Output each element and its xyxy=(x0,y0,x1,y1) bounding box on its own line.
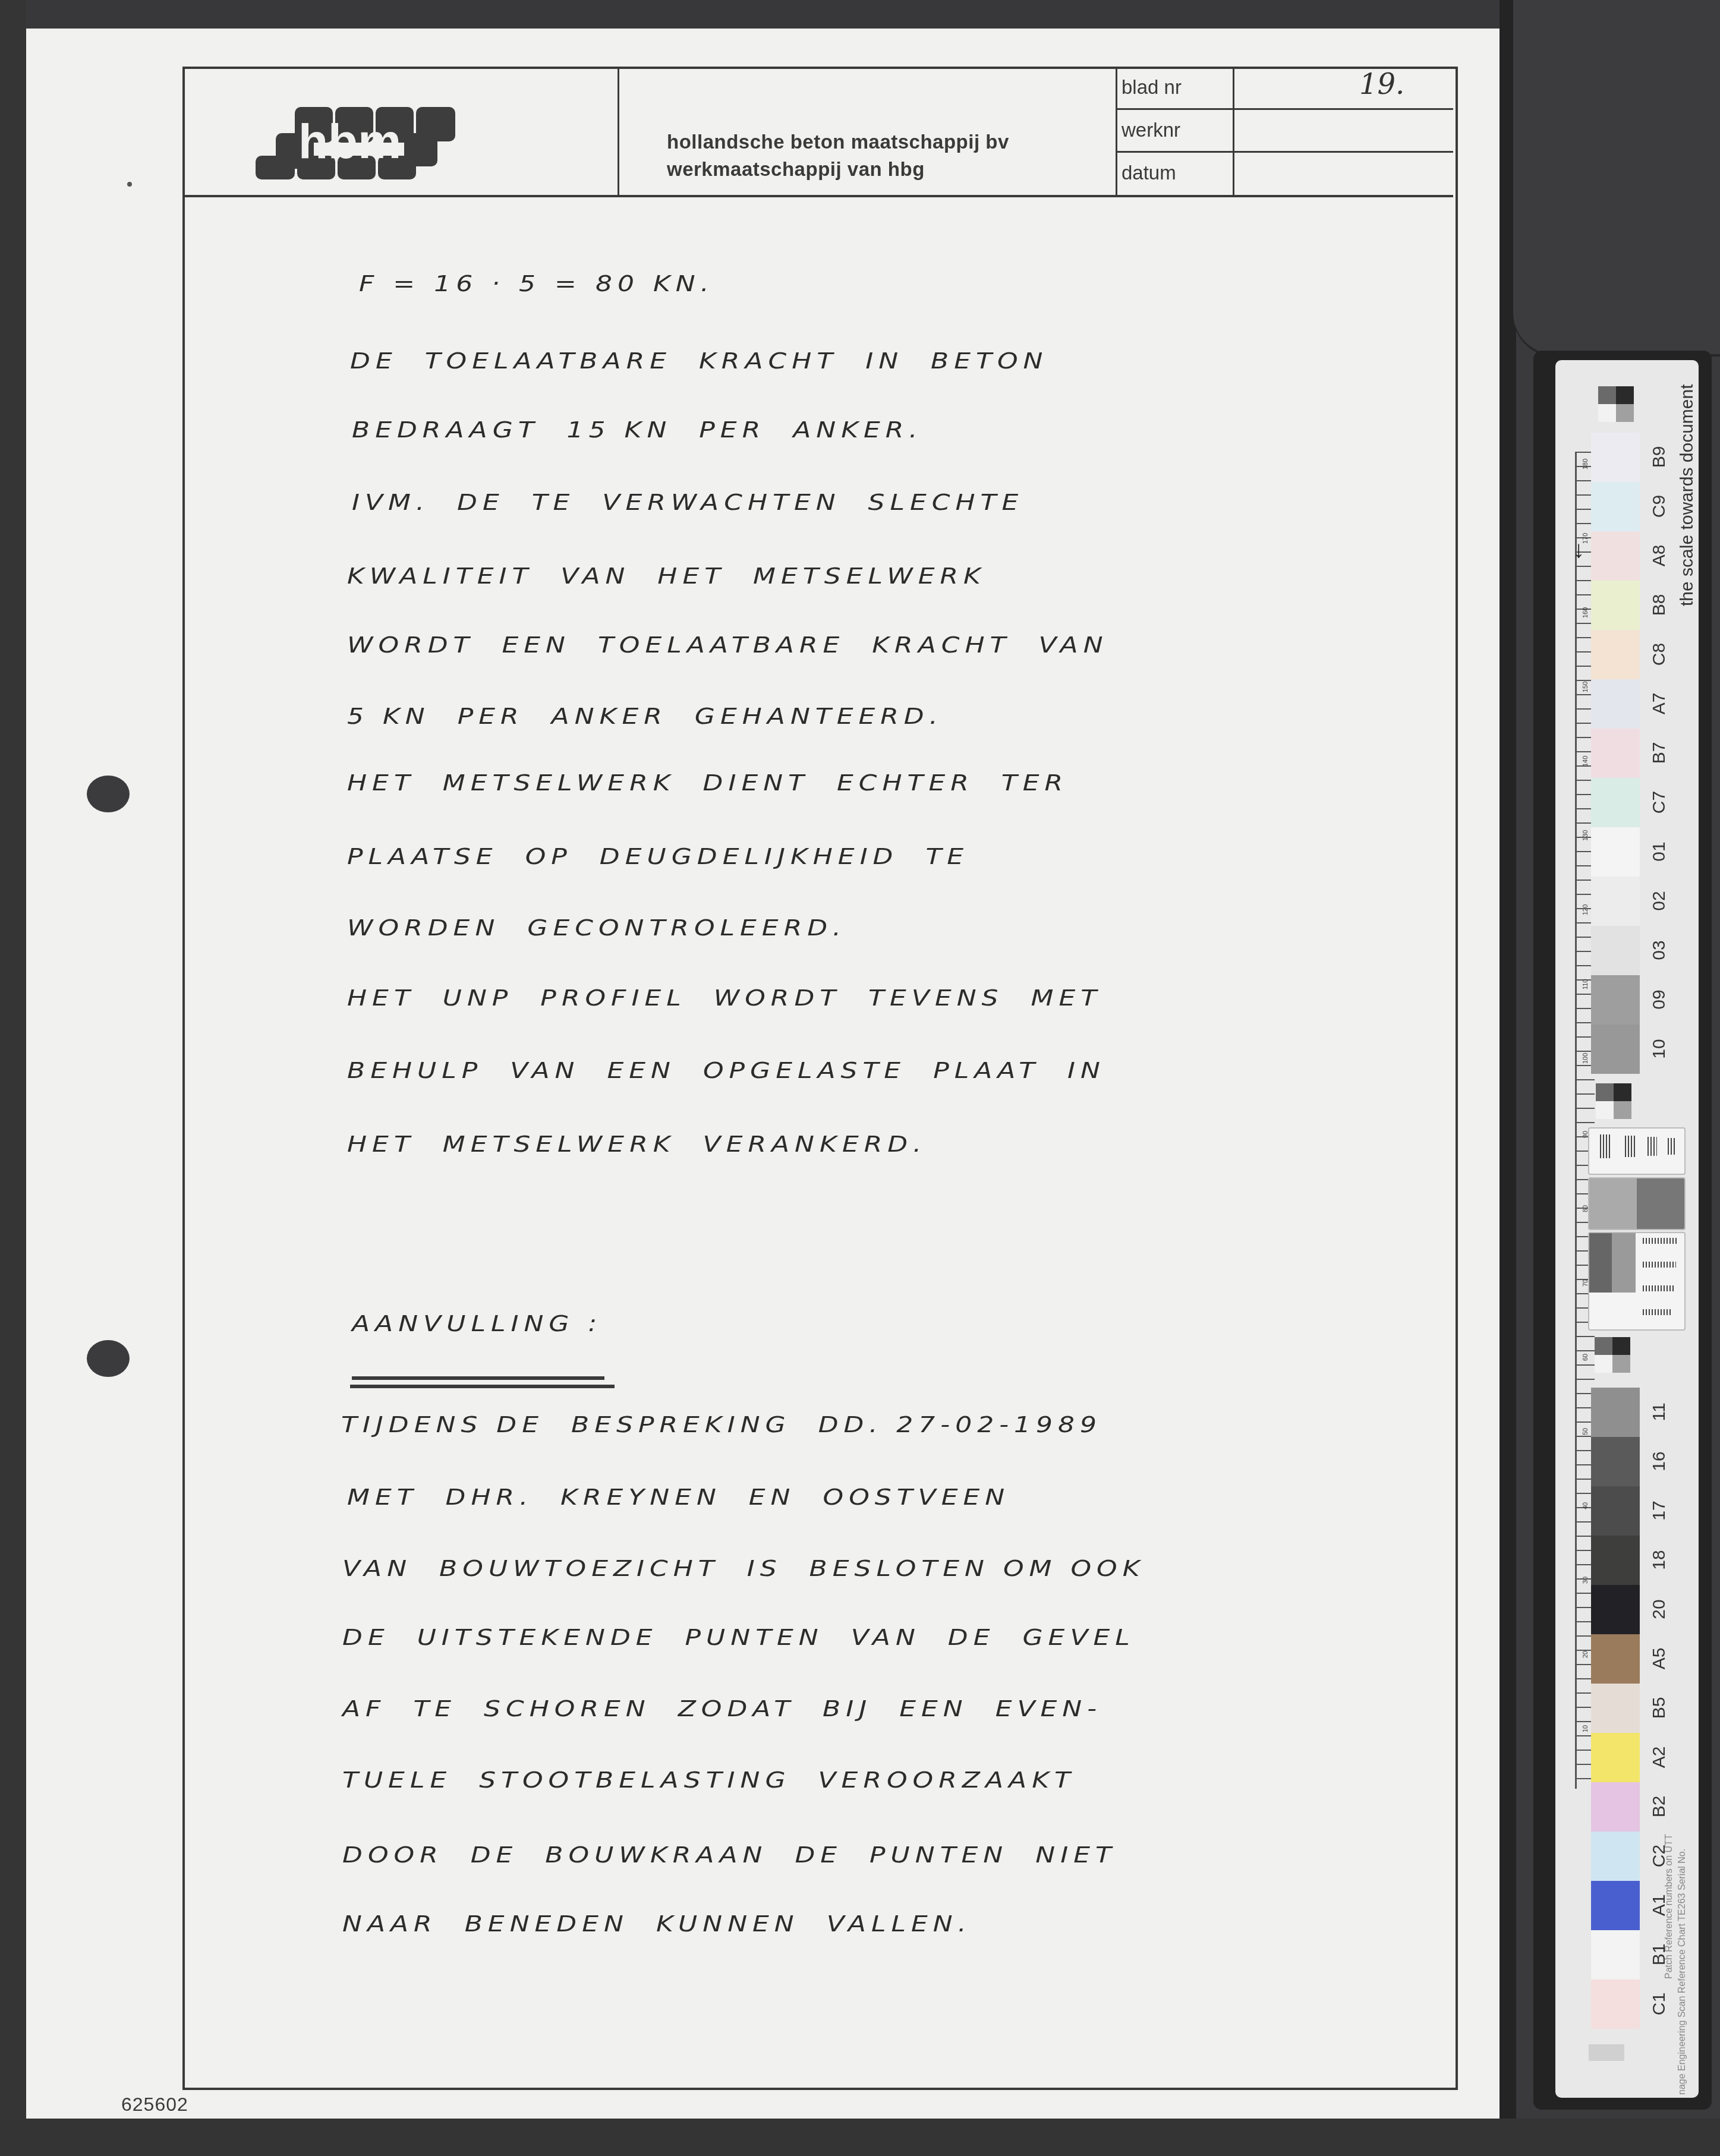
folder-flap xyxy=(1513,0,1720,357)
color-patch xyxy=(1591,1585,1640,1634)
section-heading: AANVULLING : xyxy=(352,1311,602,1337)
color-patch xyxy=(1591,433,1640,482)
body-line: F = 16 · 5 = 80 KN. xyxy=(359,271,714,297)
color-patch-label: 17 xyxy=(1649,1493,1669,1528)
ruler-tick-label: 30 xyxy=(1582,1577,1589,1584)
color-patch-label: B7 xyxy=(1649,735,1669,771)
color-patch-label: A5 xyxy=(1649,1641,1669,1676)
header-divider xyxy=(1233,67,1234,195)
color-patch-label: 03 xyxy=(1649,932,1669,968)
color-patch-label: C9 xyxy=(1649,488,1669,524)
ruler-tick-label: 180 xyxy=(1582,459,1589,469)
header-row-line xyxy=(1116,108,1453,110)
folder-background-left xyxy=(0,0,26,2156)
color-patch xyxy=(1591,1930,1640,1980)
body-line: HET UNP PROFIEL WORDT TEVENS MET xyxy=(347,985,1102,1011)
color-patch xyxy=(1591,1025,1640,1074)
folder-background-bottom xyxy=(0,2119,1720,2156)
header-row-line xyxy=(1116,151,1453,153)
color-patch-label: 02 xyxy=(1649,883,1669,919)
company-line-1: hollandsche beton maatschappij bv xyxy=(667,128,1009,156)
blad-nr-value: 19. xyxy=(1359,68,1404,101)
heading-underline xyxy=(352,1376,604,1380)
color-patch xyxy=(1591,1832,1640,1881)
color-patch xyxy=(1591,1536,1640,1585)
body-line: PLAATSE OP DEUGDELIJKHEID TE xyxy=(347,844,969,869)
color-patch xyxy=(1591,1733,1640,1782)
body-line: HET METSELWERK DIENT ECHTER TER xyxy=(347,770,1068,796)
gray-bar-target xyxy=(1588,1177,1686,1230)
color-patch-label: 18 xyxy=(1649,1542,1669,1578)
color-patch xyxy=(1591,679,1640,729)
color-patch-label: 16 xyxy=(1649,1443,1669,1479)
blad-nr-label: blad nr xyxy=(1122,76,1182,99)
punch-hole-icon xyxy=(87,776,130,812)
ruler-tick-label: 170 xyxy=(1582,533,1589,544)
body-line: BEHULP VAN EEN OPGELASTE PLAAT IN xyxy=(347,1058,1105,1083)
color-patch xyxy=(1591,1684,1640,1733)
ruler-tick-label: 100 xyxy=(1582,1053,1589,1064)
document-page: hbm hollandsche beton maatschappij bv we… xyxy=(26,29,1500,2119)
color-patch xyxy=(1591,482,1640,531)
gray-patch xyxy=(1589,2044,1624,2061)
heading-underline xyxy=(350,1385,615,1388)
color-patch xyxy=(1591,1634,1640,1684)
resolution-target-icon xyxy=(1588,1127,1686,1175)
color-patch xyxy=(1591,1437,1640,1486)
company-name: hollandsche beton maatschappij bv werkma… xyxy=(667,128,1009,183)
addendum-line: TIJDENS DE BESPREKING DD. 27-02-1989 xyxy=(341,1412,1102,1438)
addendum-line: TUELE STOOTBELASTING VEROORZAAKT xyxy=(342,1767,1076,1793)
color-patch-label: 10 xyxy=(1649,1031,1669,1067)
letterhead: hbm hollandsche beton maatschappij bv we… xyxy=(182,67,1453,197)
addendum-line: DOOR DE BOUWKRAAN DE PUNTEN NIET xyxy=(342,1842,1117,1868)
ruler-tick-label: 50 xyxy=(1582,1428,1589,1435)
card-footnote-2: nage Engineering Scan Reference Chart TE… xyxy=(1677,1849,1688,2095)
body-line: DE TOELAATBARE KRACHT IN BETON xyxy=(350,348,1048,374)
ruler-tick-label: 130 xyxy=(1582,830,1589,841)
color-patch-label: 20 xyxy=(1649,1591,1669,1627)
datum-label: datum xyxy=(1122,162,1176,184)
color-patch-label: A2 xyxy=(1649,1739,1669,1775)
werknr-label: werknr xyxy=(1122,119,1180,141)
header-divider xyxy=(1116,67,1117,195)
hbm-logo-icon: hbm xyxy=(256,107,458,179)
addendum-line: DE UITSTEKENDE PUNTEN VAN DE GEVEL xyxy=(342,1625,1135,1650)
color-patch xyxy=(1591,630,1640,679)
color-patch xyxy=(1591,531,1640,581)
color-patch-label: C8 xyxy=(1649,636,1669,672)
color-patch-label: 09 xyxy=(1649,982,1669,1017)
color-patch xyxy=(1591,827,1640,877)
color-patch-label: B8 xyxy=(1649,587,1669,623)
punch-hole-icon xyxy=(87,1340,130,1377)
color-patch xyxy=(1591,778,1640,827)
ruler-tick-label: 90 xyxy=(1582,1131,1589,1138)
color-patch-label: B5 xyxy=(1649,1690,1669,1726)
ruler-tick-label: 60 xyxy=(1582,1354,1589,1361)
color-patch-label: A8 xyxy=(1649,538,1669,573)
color-patch xyxy=(1591,975,1640,1025)
card-caption: the scale towards document xyxy=(1677,384,1697,606)
body-line: BEDRAAGT 15 KN PER ANKER. xyxy=(352,417,922,443)
color-patch-label: 01 xyxy=(1649,834,1669,869)
ruler-tick-label: 80 xyxy=(1582,1205,1589,1212)
color-patch-label: C1 xyxy=(1649,1986,1669,2022)
body-line: WORDT EEN TOELAATBARE KRACHT VAN xyxy=(347,632,1108,658)
body-line: 5 KN PER ANKER GEHANTEERD. xyxy=(347,704,943,729)
color-patch-label: B9 xyxy=(1649,439,1669,475)
body-line: KWALITEIT VAN HET METSELWERK xyxy=(347,563,986,589)
ruler-tick-label: 140 xyxy=(1582,756,1589,767)
color-patch xyxy=(1591,1980,1640,2029)
ink-speck xyxy=(127,182,132,187)
color-patch xyxy=(1591,1782,1640,1832)
color-patch xyxy=(1591,1388,1640,1437)
company-line-2: werkmaatschappij van hbg xyxy=(667,156,1009,183)
color-patch-label: B2 xyxy=(1649,1789,1669,1824)
ruler-tick-label: 40 xyxy=(1582,1502,1589,1509)
ruler-tick-label: 10 xyxy=(1582,1725,1589,1732)
color-patch-label: 11 xyxy=(1649,1394,1669,1430)
ruler-tick-label: 110 xyxy=(1582,979,1589,989)
color-patch xyxy=(1591,581,1640,630)
color-patch xyxy=(1591,1881,1640,1930)
addendum-line: AF TE SCHOREN ZODAT BIJ EEN EVEN- xyxy=(342,1696,1102,1722)
color-patch xyxy=(1591,926,1640,975)
color-patch-label: A7 xyxy=(1649,686,1669,721)
folder-background-top xyxy=(0,0,1521,30)
addendum-line: MET DHR. KREYNEN EN OOSTVEEN xyxy=(347,1484,1010,1510)
addendum-line: VAN BOUWTOEZICHT IS BESLOTEN OM OOK xyxy=(342,1556,1145,1581)
ruler-tick-label: 160 xyxy=(1582,607,1589,618)
body-line: HET METSELWERK VERANKERD. xyxy=(347,1131,927,1157)
body-line: WORDEN GECONTROLEERD. xyxy=(347,915,846,941)
header-divider xyxy=(618,67,619,195)
color-patch xyxy=(1591,1486,1640,1536)
ruler-tick-label: 150 xyxy=(1582,682,1589,692)
color-patch xyxy=(1591,877,1640,926)
color-patch xyxy=(1591,729,1640,778)
addendum-line: NAAR BENEDEN KUNNEN VALLEN. xyxy=(342,1911,972,1937)
resolution-target-icon xyxy=(1588,1232,1686,1331)
ruler-tick-label: 70 xyxy=(1582,1279,1589,1287)
form-number: 625602 xyxy=(121,2094,188,2116)
body-line: IVM. DE TE VERWACHTEN SLECHTE xyxy=(352,490,1023,515)
color-patch-label: C7 xyxy=(1649,784,1669,820)
ruler-tick-label: 20 xyxy=(1582,1651,1589,1658)
ruler-tick-label: 120 xyxy=(1582,904,1589,915)
svg-text:hbm: hbm xyxy=(298,115,401,169)
card-footnote-1: Patch Reference numbers on UTT xyxy=(1664,1834,1675,1979)
